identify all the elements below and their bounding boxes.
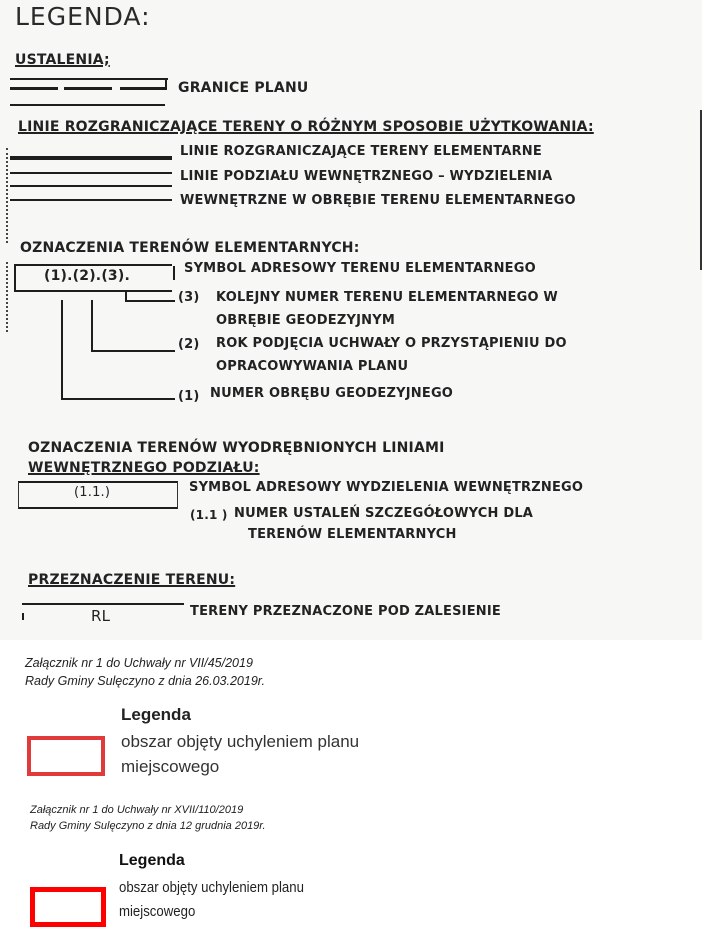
annex1-legend-line2: miejscowego	[121, 755, 219, 779]
annex2-red-area-symbol	[30, 887, 106, 927]
annex2-line1: Załącznik nr 1 do Uchwały nr XVII/110/20…	[30, 802, 243, 818]
annex1-legend-line1: obszar objęty uchyleniem planu	[121, 730, 359, 754]
address-symbol-label: SYMBOL ADRESOWY TERENU ELEMENTARNEGO	[184, 261, 536, 276]
heading-text: LINIE ROZGRANICZAJĄCE TERENY O RÓŻNYM SP…	[18, 119, 594, 135]
annex1-red-area-symbol	[27, 736, 105, 776]
linie-podzialu-label-2: WEWNĘTRZNE W OBRĘBIE TERENU ELEMENTARNEG…	[180, 193, 576, 208]
annex2-legend-line1: obszar objęty uchyleniem planu	[119, 877, 304, 899]
part-2-key: (2)	[178, 337, 200, 352]
legend-title: LEGENDA:	[15, 2, 151, 31]
subdivision-part-key: (1.1 )	[190, 508, 228, 522]
section-heading-linie: LINIE ROZGRANICZAJĄCE TERENY O RÓŻNYM SP…	[18, 119, 594, 135]
subdivision-symbol: (1.1.)	[74, 485, 110, 500]
box-tick	[173, 266, 175, 280]
section-heading-wydzielone-2: WEWNĘTRZNEGO PODZIAŁU:	[28, 460, 260, 476]
rl-label: TERENY PRZEZNACZONE POD ZALESIENIE	[190, 604, 501, 619]
subdivision-part-line2: TERENÓW ELEMENTARNYCH	[248, 527, 457, 542]
annex1-line2: Rady Gminy Sulęczyno z dnia 26.03.2019r.	[25, 673, 265, 690]
annex2-line2: Rady Gminy Sulęczyno z dnia 12 grudnia 2…	[30, 818, 266, 834]
subdivision-part-line1: NUMER USTALEŃ SZCZEGÓŁOWYCH DLA	[234, 506, 533, 521]
section-heading-przeznaczenie: PRZEZNACZENIE TERENU:	[28, 572, 235, 588]
rl-symbol-left	[22, 613, 24, 620]
scan-dots	[6, 148, 9, 243]
annex1-legend-title: Legenda	[121, 705, 191, 725]
part-1-line1: NUMER OBRĘBU GEODEZYJNEGO	[210, 386, 453, 401]
part-1-key: (1)	[178, 389, 200, 404]
linie-elementarne-label: LINIE ROZGRANICZAJĄCE TERENY ELEMENTARNE	[180, 144, 542, 159]
section-heading-ustalenia: USTALENIA;	[15, 52, 110, 68]
section-heading-wydzielone-1: OZNACZENIA TERENÓW WYODRĘBNIONYCH LINIAM…	[28, 440, 445, 456]
rl-symbol-top	[22, 603, 184, 605]
annex1-line1: Załącznik nr 1 do Uchwały nr VII/45/2019	[25, 655, 253, 672]
annex2-legend-line2: miejscowego	[119, 901, 195, 923]
address-symbol: (1).(2).(3).	[44, 268, 130, 284]
part-3-key: (3)	[178, 290, 200, 305]
part-2-line2: OPRACOWYWANIA PLANU	[216, 359, 408, 374]
annex2-legend-title: Legenda	[119, 852, 185, 870]
section-heading-oznaczenia: OZNACZENIA TERENÓW ELEMENTARNYCH:	[20, 240, 360, 256]
part-3-line2: OBRĘBIE GEODEZYJNYM	[216, 313, 395, 328]
part-3-line1: KOLEJNY NUMER TERENU ELEMENTARNEGO W	[216, 290, 558, 305]
scanned-legend: LEGENDA: USTALENIA; GRANICE PLANU LINIE …	[0, 0, 702, 640]
plan-boundary-label: GRANICE PLANU	[178, 80, 308, 96]
linie-podzialu-label-1: LINIE PODZIAŁU WEWNĘTRZNEGO – WYDZIELENI…	[180, 169, 552, 184]
subdivision-symbol-label: SYMBOL ADRESOWY WYDZIELENIA WEWNĘTRZNEGO	[189, 480, 583, 495]
part-2-line1: ROK PODJĘCIA UCHWAŁY O PRZYSTĄPIENIU DO	[216, 336, 567, 351]
rl-symbol: RL	[91, 607, 110, 625]
scan-dots	[6, 262, 9, 332]
